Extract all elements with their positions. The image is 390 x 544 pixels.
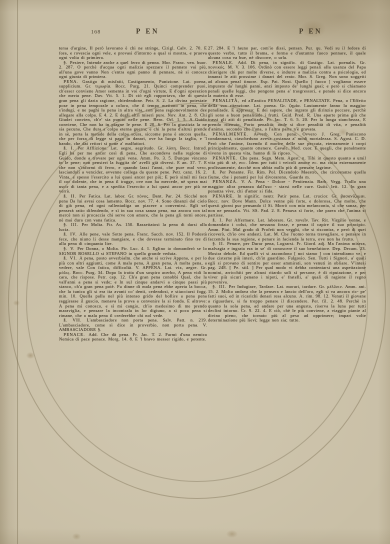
page-number: 168 — [91, 29, 101, 35]
entry-headword: PENA. — [64, 79, 83, 84]
entry-headword: §. I. — [64, 146, 78, 151]
entry-paragraph: §. I. Per Afflizione. Lat. aegre, aegrit… — [59, 146, 207, 194]
page-edge-crease — [17, 0, 18, 544]
entry-headword: §. — [213, 170, 220, 175]
entry-paragraph: PENALITÀ, ed all'antica PENALITADE, e PE… — [208, 99, 366, 132]
entry-headword: §. IV. — [64, 232, 80, 237]
paper-stain — [226, 530, 238, 538]
running-head-right: P EN — [299, 28, 322, 36]
text-column-right: 27. 284. E 'l fauno par, com'io dissi, p… — [208, 46, 366, 323]
entry-paragraph: §. IV. Alle pene, vale Sotto pena. Franc… — [59, 232, 207, 246]
entry-headword: PENARE. — [213, 193, 238, 198]
entry-headword: §. II. — [64, 193, 80, 198]
entry-headword: PENALMENTE. — [213, 131, 254, 136]
entry-paragraph: PENARE. In signific. neutr. Patir pena. … — [208, 194, 366, 218]
entry-headword: §. II. — [213, 241, 228, 246]
entry-headword: §. VII. — [64, 318, 87, 323]
entry-headword: PENALE. — [213, 60, 238, 65]
book-page: 168 P EN P EN tersa d'argine, Il però la… — [0, 0, 390, 544]
page-header: 168 P EN P EN — [0, 0, 390, 60]
entry-paragraph: PENANZA. V. A. Pena - Dolore - Penitenzi… — [208, 180, 366, 194]
entry-paragraph: §. VI. A pena, posto avverbialm. che anc… — [59, 256, 207, 318]
entry-headword: §. I. — [213, 217, 226, 222]
entry-headword: PENANZA. — [213, 179, 242, 184]
entry-headword: PENANTE. — [213, 155, 240, 160]
entry-headword: §. VI. — [64, 256, 80, 261]
entry-paragraph: §. III. Per Indugiare, Tardare. Lat. mor… — [208, 285, 366, 323]
paper-stain — [26, 352, 35, 359]
entry-paragraph: PENALE. Add. Di pena, in signific. di Ga… — [208, 60, 366, 98]
text-column-left: tersa d'argine, Il però lavorano è chi n… — [59, 46, 207, 342]
entry-paragraph: PENANTE. Che pena. Segn. Mem. Agost. n. … — [208, 156, 366, 170]
entry-headword: §. V. — [64, 246, 78, 251]
entry-paragraph: PENACE. Add. Che dà pena. Fr. Jac. T. 2.… — [59, 332, 207, 342]
entry-paragraph: §. II. Per Fatica. Lat. labor. Gr. πόνος… — [59, 194, 207, 223]
entry-paragraph: §. VII. L'ambasciadore non porta pena. S… — [59, 318, 207, 332]
entry-paragraph: §. II. Penare, per Durar pena, Lograrsi.… — [208, 242, 366, 285]
entry-headword: PENACE. — [64, 332, 89, 337]
entry-headword: §. III. — [213, 284, 229, 289]
entry-paragraph: PENALMENTE. Avverb. Con pena. Ovvero J. … — [208, 132, 366, 156]
entry-paragraph: §. I. Per Affermare. Lat. laborare. Gr. … — [208, 218, 366, 242]
entry-paragraph: §. Pesiere, Intende anche a quel ferro d… — [59, 60, 207, 79]
running-head-left: P EN — [136, 28, 159, 36]
entry-headword: PENALITÀ, — [213, 98, 242, 103]
entry-paragraph: PENA. Gastigo di misfatti, Castigamento,… — [59, 79, 207, 146]
entry-headword: §. — [64, 60, 71, 65]
paper-stain — [72, 533, 81, 540]
entry-headword: §. III. — [64, 222, 82, 227]
